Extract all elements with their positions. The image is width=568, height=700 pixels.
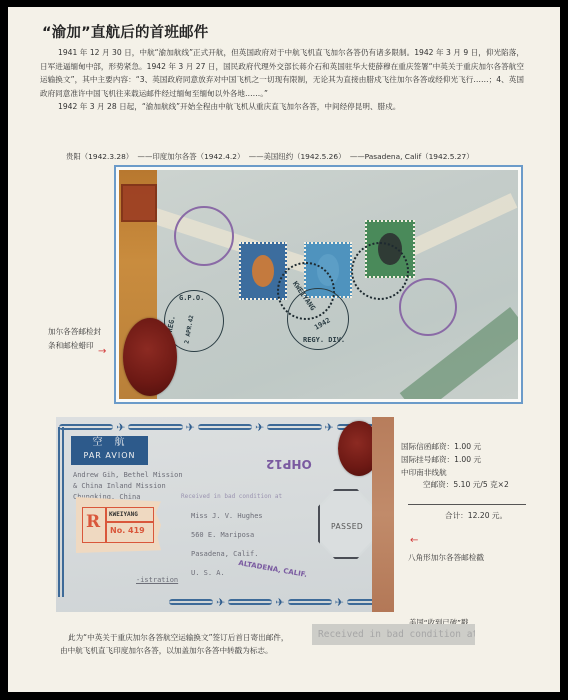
upper-cover-mount: KWEIYANG G.P.O. REG. 2 APR.42 REGY. DIV.… (114, 165, 523, 404)
sender-line: Andrew Gih, Bethel Mission (73, 470, 183, 481)
airmail-border-left (58, 427, 64, 597)
violet-postmark (399, 278, 457, 336)
wax-seal (123, 318, 177, 396)
postage-total: 合计：12.20 元。 (445, 510, 507, 521)
kweiyang-postmark (351, 242, 409, 300)
registration-city: KWEIYANG (109, 511, 138, 518)
postage-breakdown: 国际信函邮资：1.00 元 国际挂号邮资：1.00 元 中印南非线航 空邮资：5… (401, 441, 509, 492)
upper-cover-back: KWEIYANG G.P.O. REG. 2 APR.42 REGY. DIV.… (119, 170, 518, 399)
postmark-text: REGY. DIV. (303, 336, 345, 344)
postmark-text: G.P.O. (179, 294, 204, 302)
air-label-en: PAR AVION (71, 450, 148, 462)
intro-text: 1941 年 12 月 30 日，中航“渝加航线”正式开航，但英国政府对于中航飞… (40, 46, 524, 114)
postage-line: 国际信函邮资：1.00 元 (401, 441, 509, 454)
caption-line: 此为“中英关于重庆加尔各答航空运输换文”签订后首日寄出邮件， (60, 631, 320, 644)
registration-text: -istration (136, 575, 178, 586)
censor-label: 加尔各答邮检封 条和邮检蜡印 (48, 325, 101, 353)
censor-stamp (121, 184, 157, 222)
recipient-line: 560 E. Mariposa (191, 526, 263, 545)
page-title: “渝加”直航后的首班邮件 (42, 21, 208, 42)
route-leg: ——印度加尔各答（1942.4.2） (138, 152, 245, 161)
registration-label: R KWEIYANG No. 419 (76, 497, 161, 553)
caption-line: 由中航飞机直飞印度加尔各答，以加盖加尔各答中转戳为标志。 (60, 644, 320, 657)
postage-line: 中印南非线航 (401, 467, 509, 480)
registration-letter: R (86, 512, 100, 532)
par-avion-label: 空航 PAR AVION (71, 436, 148, 465)
route-leg: 贵阳（1942.3.28） (66, 152, 133, 161)
violet-handstamp: OHP12 (266, 457, 312, 471)
cover-caption: 此为“中英关于重庆加尔各答航空运输换文”签订后首日寄出邮件， 由中航飞机直飞印度… (60, 631, 320, 657)
postage-line: 国际挂号邮资：1.00 元 (401, 454, 509, 467)
censor-label-line: 条和邮检蜡印 (48, 339, 101, 353)
intro-paragraph: 1942 年 3 月 28 日起，“渝加航线”开始全程由中航飞机从重庆直飞加尔各… (40, 100, 524, 114)
postage-airmail: 空邮资：5.10 元/5 克×2 (401, 479, 509, 492)
album-page: “渝加”直航后的首班邮件 1941 年 12 月 30 日，中航“渝加航线”正式… (8, 7, 560, 692)
route-leg: ——Pasadena, Calif（1942.5.27） (350, 152, 474, 161)
censor-label-line: 加尔各答邮检封 (48, 325, 101, 339)
received-mark-detail: Received in bad condition at (312, 624, 475, 645)
route-line: 贵阳（1942.3.28） ——印度加尔各答（1942.4.2） ——美国纽约（… (66, 151, 476, 162)
arrow-left-icon: ← (410, 535, 418, 546)
censor-tape (372, 417, 394, 612)
violet-postmark (174, 206, 234, 266)
octagon-mark-label: 八角形加尔各答邮检戳 (408, 552, 484, 563)
route-leg: ——美国纽约（1942.5.26） (249, 152, 346, 161)
received-bad-condition-mark: Received in bad condition at (181, 491, 282, 502)
arrow-right-icon: → (98, 346, 106, 357)
intro-paragraph: 1941 年 12 月 30 日，中航“渝加航线”正式开航，但英国政府对于中航飞… (40, 46, 524, 100)
airmail-border-bottom: ✈✈✈ (166, 595, 394, 609)
registration-box: R KWEIYANG No. 419 (82, 507, 154, 543)
lower-cover-front: ✈✈✈✈ ✈✈✈ 空航 PAR AVION Andrew Gih, Bethel… (56, 417, 394, 612)
recipient-line: Miss J. V. Hughes (191, 507, 263, 526)
registration-number: No. 419 (110, 526, 145, 535)
sum-divider (408, 504, 526, 505)
air-label-zh: 空航 (71, 436, 148, 450)
passed-text: PASSED (331, 522, 363, 531)
sender-line: & China Inland Mission (73, 481, 183, 492)
recipient-address: Miss J. V. Hughes 560 E. Mariposa Pasade… (191, 507, 263, 583)
portrait-oval (252, 255, 275, 288)
